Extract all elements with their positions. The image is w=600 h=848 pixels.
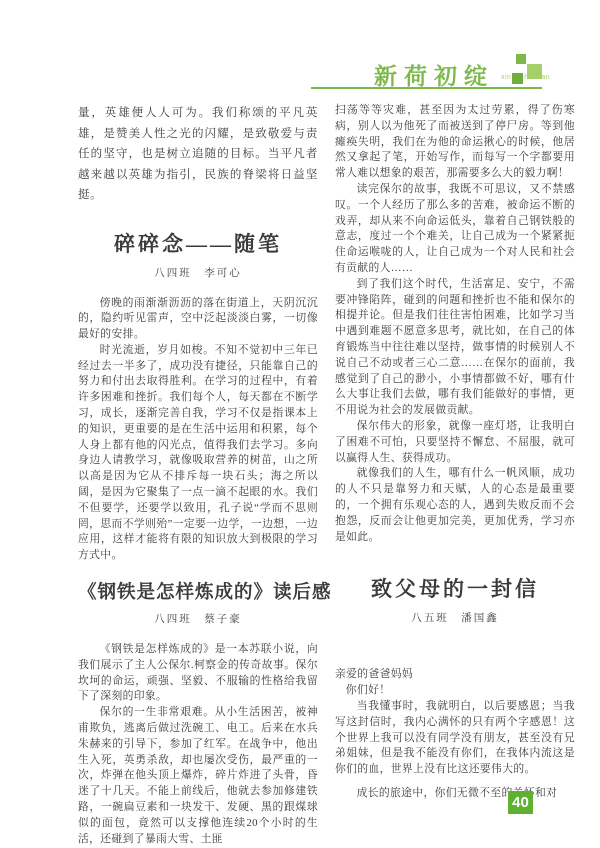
magazine-title: 新荷初绽 bbox=[374, 58, 494, 91]
logo-square-icon bbox=[512, 73, 523, 84]
magazine-page: 新荷初绽 xinhechuzhan 量，英雄便人人可为。我们称颂的平凡英雄，是赞… bbox=[0, 0, 600, 848]
article2-paragraph: 《钢铁是怎样炼成的》是一本苏联小说，向我们展示了主人公保尔.柯察金的传奇故事。保… bbox=[78, 642, 318, 705]
letter-greeting: 你们好！ bbox=[335, 683, 575, 699]
letter-paragraph: 当我懂事时，我就明白，以后要感恩；当我写这封信时，我内心满怀的只有两个字感恩！这… bbox=[335, 699, 575, 778]
column-left: 量，英雄便人人可为。我们称颂的平凡英雄，是赞美人性之光的闪耀，是致敬爱与责任的坚… bbox=[78, 103, 318, 847]
article1-paragraph: 傍晚的雨渐渐沥沥的落在街道上，天阴沉沉的，隐约听见雷声，空中泛起淡淡白雾，一切像… bbox=[78, 296, 318, 343]
article1-byline: 八四班 李可心 bbox=[78, 265, 318, 280]
article1-title: 碎碎念——随笔 bbox=[78, 228, 318, 258]
page-number-badge: 40 bbox=[508, 791, 533, 814]
article3-byline: 八五班 潘国鑫 bbox=[335, 610, 575, 625]
letter-paragraph: 成长的旅途中，你们无微不至的关怀和对 bbox=[335, 786, 575, 802]
article1-paragraph: 时光流逝，岁月如梭。不知不觉初中三年已经过去一半多了，成功没有捷径，只能靠自己的… bbox=[78, 343, 318, 564]
article2-continuation-paragraph: 就像我们的人生，哪有什么一帆风顺，成功的人不只是靠努力和天赋，人的心态是最重要的… bbox=[335, 466, 575, 545]
content-columns: 量，英雄便人人可为。我们称颂的平凡英雄，是赞美人性之光的闪耀，是致敬爱与责任的坚… bbox=[78, 103, 575, 847]
article2-continuation-paragraph: 读完保尔的故事，我既不可思议，又不禁感叹。一个人经历了那么多的苦难，被命运不断的… bbox=[335, 182, 575, 277]
logo-square-icon bbox=[527, 64, 542, 79]
intro-continuation-paragraph: 量，英雄便人人可为。我们称颂的平凡英雄，是赞美人性之光的闪耀，是致敬爱与责任的坚… bbox=[78, 103, 318, 206]
article2-paragraph: 保尔的一生非常艰难。从小生活困苦，被神甫欺负，逃离后做过洗碗工、电工。后来在水兵… bbox=[78, 705, 318, 847]
column-right: 扫荡等等灾难，甚至因为太过劳累，得了伤寒病，别人以为他死了而被送到了停尸房。等到… bbox=[335, 103, 575, 847]
green-squares-logo-icon bbox=[508, 52, 546, 90]
letter-salutation: 亲爱的爸爸妈妈 bbox=[335, 667, 575, 683]
article2-continuation-paragraph: 到了我们这个时代，生活富足、安宁，不需要冲锋陷阵，碰到的问题和挫折也不能和保尔的… bbox=[335, 277, 575, 419]
article2-title: 《钢铁是怎样炼成的》读后感 bbox=[78, 578, 318, 604]
article2-continuation-paragraph: 扫荡等等灾难，甚至因为太过劳累，得了伤寒病，别人以为他死了而被送到了停尸房。等到… bbox=[335, 103, 575, 182]
article3-title: 致父母的一封信 bbox=[335, 573, 575, 603]
logo-square-icon bbox=[516, 54, 526, 64]
article2-continuation-paragraph: 保尔伟大的形象，就像一座灯塔，让我明白了困难不可怕，只要坚持不懈怠、不屈服，就可… bbox=[335, 419, 575, 466]
article2-byline: 八四班 蔡子豪 bbox=[78, 611, 318, 626]
